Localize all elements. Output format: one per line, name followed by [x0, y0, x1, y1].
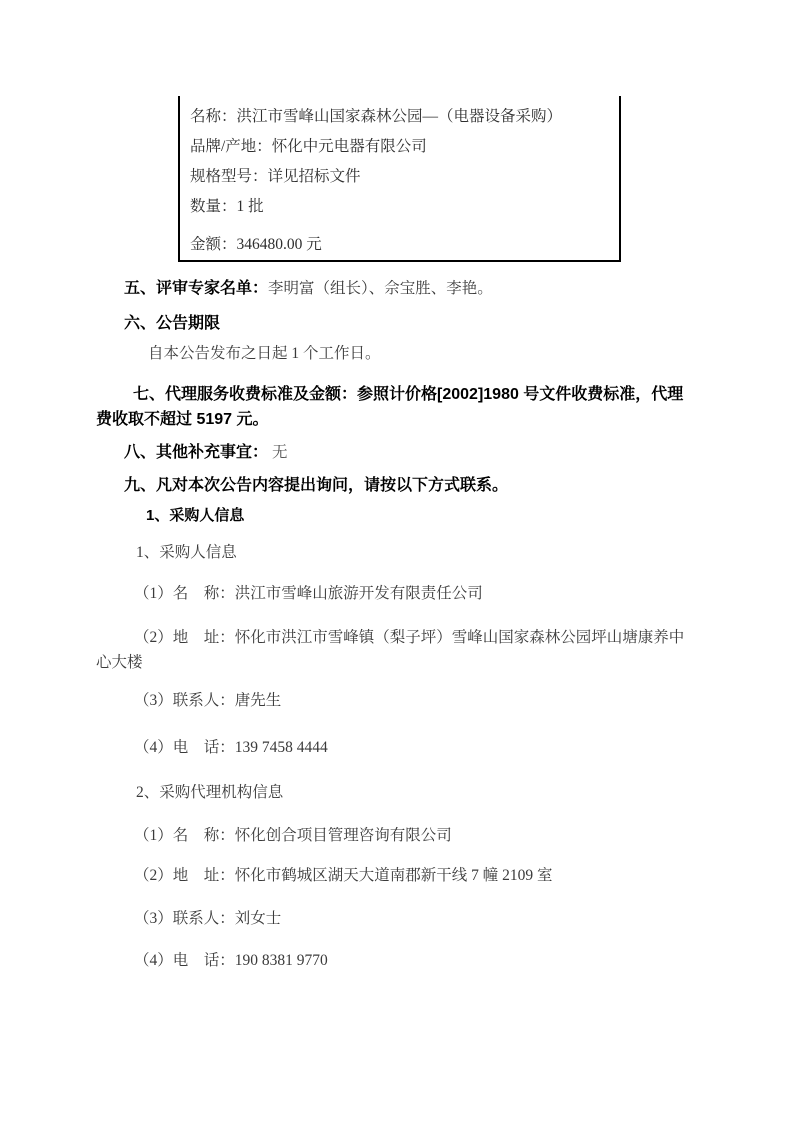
item-quantity-line: 数量：1 批	[190, 192, 609, 222]
section-experts-content: 李明富（组长）、佘宝胜、李艳。	[268, 280, 493, 297]
agency-heading: 2、采购代理机构信息	[136, 782, 697, 803]
purchaser-name-row: （1）名 称：洪江市雪峰山旅游开发有限责任公司	[134, 583, 697, 604]
item-info-box: 名称：洪江市雪峰山国家森林公园—（电器设备采购） 品牌/产地：怀化中元电器有限公…	[178, 96, 621, 262]
purchaser-heading-bold: 1、采购人信息	[146, 505, 697, 526]
purchaser-contact-person-row: （3）联系人：唐先生	[134, 690, 697, 711]
item-amount-line: 金额：346480.00 元	[190, 230, 609, 260]
purchaser-heading: 1、采购人信息	[136, 542, 697, 563]
section-experts: 五、评审专家名单：李明富（组长）、佘宝胜、李艳。	[124, 278, 697, 299]
purchaser-phone-row: （4）电 话：139 7458 4444	[134, 737, 697, 758]
item-name-line: 名称：洪江市雪峰山国家森林公园—（电器设备采购）	[190, 102, 609, 132]
document-page: 名称：洪江市雪峰山国家森林公园—（电器设备采购） 品牌/产地：怀化中元电器有限公…	[0, 0, 793, 1122]
agency-name-row: （1）名 称：怀化创合项目管理咨询有限公司	[134, 825, 697, 846]
section-other-content: 无	[272, 444, 288, 461]
section-period-title: 六、公告期限	[124, 315, 220, 332]
section-period-title-row: 六、公告期限	[124, 313, 697, 334]
section-other: 八、其他补充事宜：无	[124, 442, 697, 463]
section-agency-fee-title: 七、代理服务收费标准及金额：	[133, 386, 357, 403]
section-agency-fee: 七、代理服务收费标准及金额：参照计价格[2002]1980 号文件收费标准，代理…	[96, 382, 697, 432]
agency-address-row: （2）地 址：怀化市鹤城区湖天大道南郡新干线 7 幢 2109 室	[134, 865, 697, 886]
agency-phone-row: （4）电 话：190 8381 9770	[134, 950, 697, 971]
agency-contact-person-row: （3）联系人：刘女士	[134, 908, 697, 929]
purchaser-address-row: （2）地 址：怀化市洪江市雪峰镇（梨子坪）雪峰山国家森林公园坪山塘康养中心大楼	[96, 625, 697, 675]
section-period-content: 自本公告发布之日起 1 个工作日。	[148, 343, 697, 364]
item-brand-line: 品牌/产地：怀化中元电器有限公司	[190, 132, 609, 162]
section-contact-title: 九、凡对本次公告内容提出询问，请按以下方式联系。	[124, 475, 697, 496]
item-spec-line: 规格型号：详见招标文件	[190, 162, 609, 192]
section-experts-title: 五、评审专家名单：	[124, 280, 268, 297]
section-other-title: 八、其他补充事宜：	[124, 444, 268, 461]
